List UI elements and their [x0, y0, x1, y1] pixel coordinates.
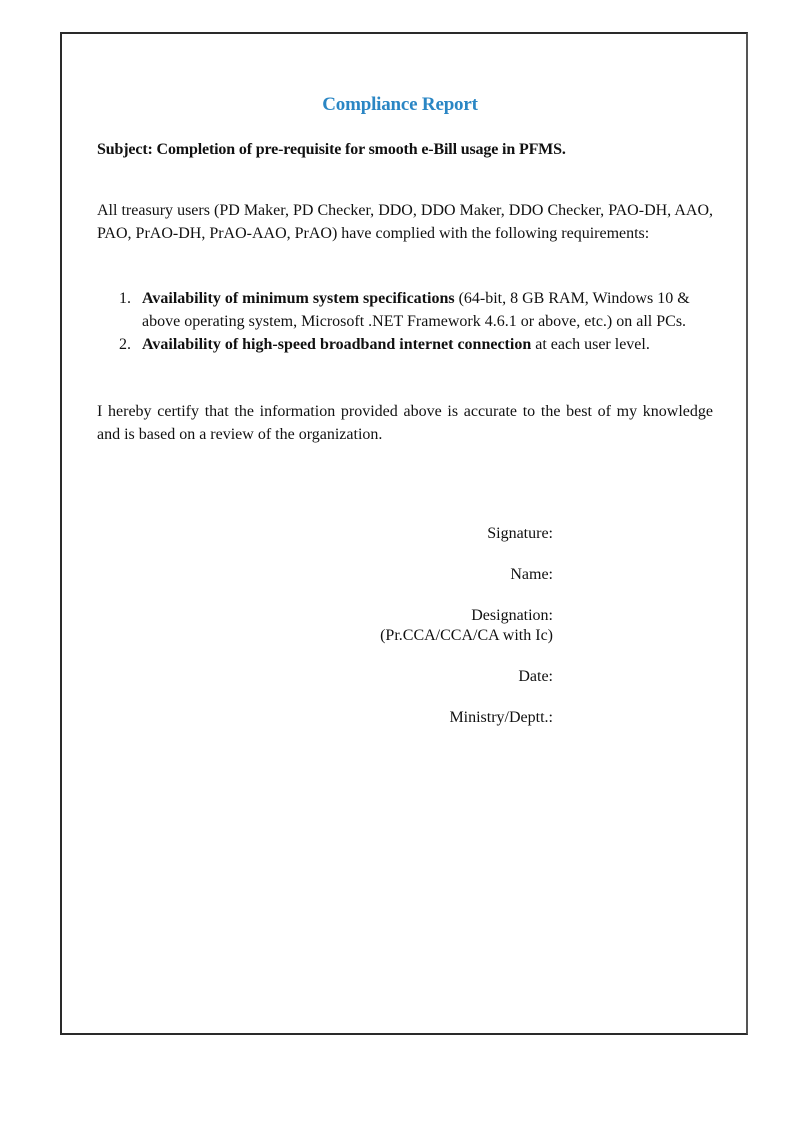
signature-block: Signature: Name: Designation: (Pr.CCA/CC… [380, 524, 553, 749]
signature-label: Signature: [380, 524, 553, 544]
document-subject: Subject: Completion of pre-requisite for… [97, 141, 566, 159]
requirement-detail: at each user level. [531, 336, 650, 353]
requirement-heading: Availability of high-speed broadband int… [142, 336, 531, 353]
requirements-list: 1. Availability of minimum system specif… [97, 287, 713, 356]
designation-group: Designation: (Pr.CCA/CCA/CA with Ic) [380, 606, 553, 646]
requirement-item: 1. Availability of minimum system specif… [97, 287, 713, 333]
requirement-heading: Availability of minimum system specifica… [142, 290, 455, 307]
ministry-label: Ministry/Deptt.: [380, 708, 553, 728]
name-label: Name: [380, 565, 553, 585]
requirement-number: 2. [119, 333, 131, 356]
certification-paragraph: I hereby certify that the information pr… [97, 400, 713, 446]
document-title: Compliance Report [0, 94, 800, 116]
intro-paragraph: All treasury users (PD Maker, PD Checker… [97, 199, 713, 245]
designation-label: Designation: [380, 606, 553, 626]
date-label: Date: [380, 667, 553, 687]
requirement-number: 1. [119, 287, 131, 310]
designation-note: (Pr.CCA/CCA/CA with Ic) [380, 626, 553, 646]
requirement-item: 2. Availability of high-speed broadband … [97, 333, 713, 356]
